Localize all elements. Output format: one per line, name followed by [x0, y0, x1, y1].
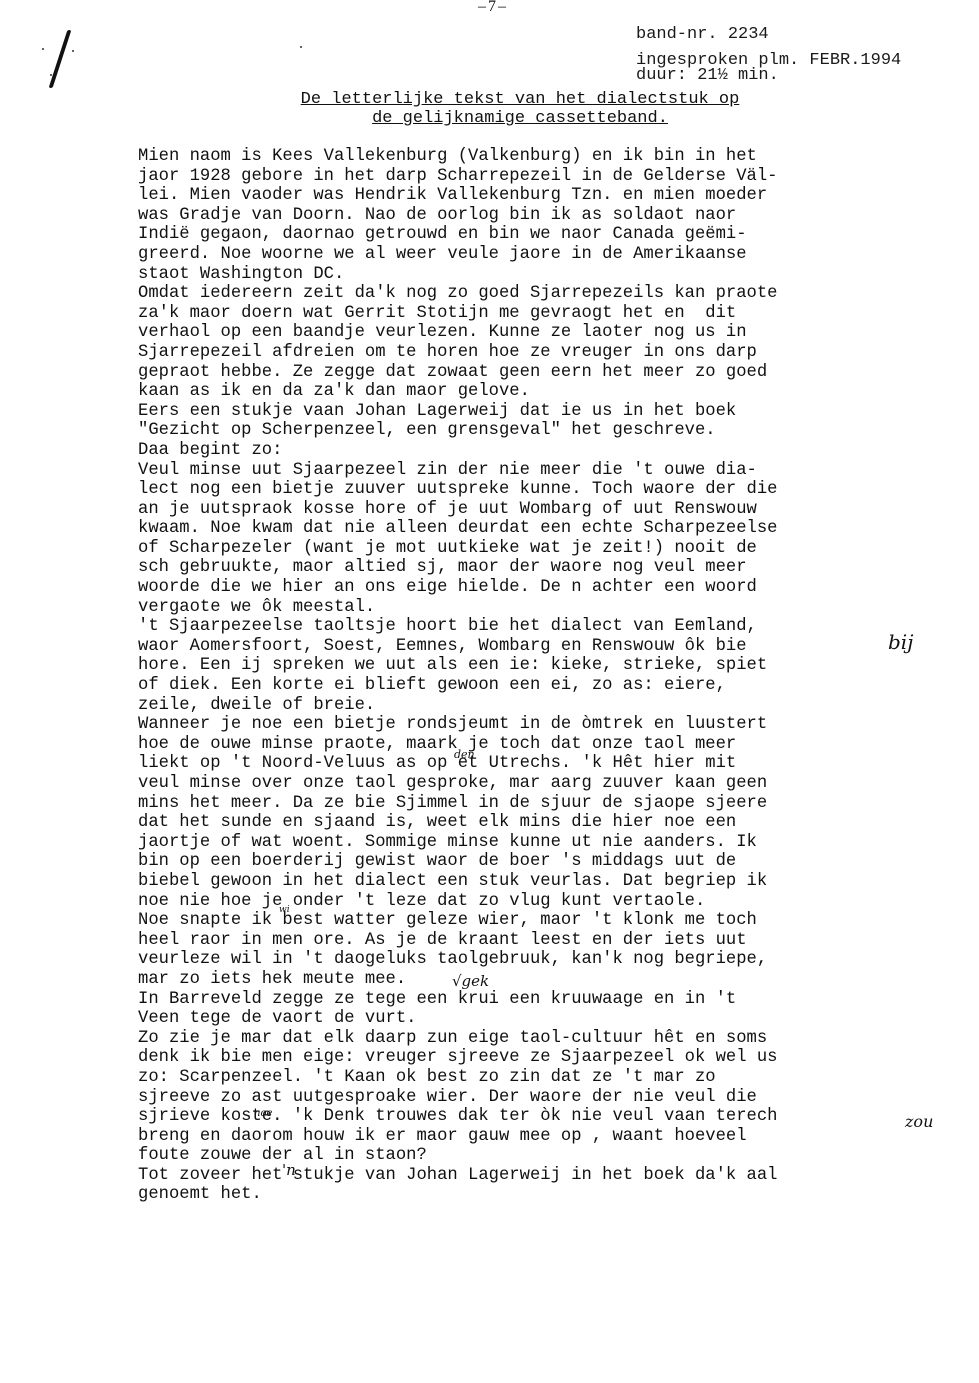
handwritten-correction-gek: √gek: [452, 972, 489, 990]
handwritten-correction-noe: noe: [254, 1108, 272, 1119]
text-line: jaor 1928 gebore in het darp Scharrepeze…: [138, 167, 908, 187]
text-line: Eers een stukje vaan Johan Lagerweij dat…: [138, 402, 908, 422]
document-title-line-1: De letterlijke tekst van het dialectstuk…: [0, 90, 979, 110]
text-line: Veen tege de vaort de vurt.: [138, 1009, 908, 1029]
text-line: za'k maor doern wat Gerrit Stotijn me ge…: [138, 304, 908, 324]
text-line: Zo zie je mar dat elk daarp zun eige tao…: [138, 1029, 908, 1049]
handwritten-correction-bij: bij: [888, 630, 913, 654]
text-line: "Gezicht op Scherpenzeel, een grensgeval…: [138, 421, 908, 441]
text-line: of Scharpezeler (want je mot uutkieke wa…: [138, 539, 908, 559]
handwritten-correction-wi: wi: [279, 905, 290, 915]
text-line: mins het meer. Da ze bie Sjimmel in de s…: [138, 794, 908, 814]
handwritten-correction-zou: zou: [905, 1112, 933, 1131]
text-line: staot Washington DC.: [138, 265, 908, 285]
text-line: jaortje of wat woent. Sommige minse kunn…: [138, 833, 908, 853]
text-line: of diek. Een korte ei blieft gewoon een …: [138, 676, 908, 696]
scan-speck: [50, 74, 52, 76]
text-line: dat het sunde en sjaand is, weet elk min…: [138, 813, 908, 833]
text-line: In Barreveld zegge ze tege een krui een …: [138, 990, 908, 1010]
text-line: zeile, dweile of breie.: [138, 696, 908, 716]
handwritten-slash-mark: [49, 30, 72, 88]
scan-speck: [72, 50, 74, 52]
text-line: foute zouwe der al in staon?: [138, 1146, 908, 1166]
text-line: lei. Mien vaoder was Hendrik Vallekenbur…: [138, 186, 908, 206]
text-line: Sjarrepezeil afdreien om te horen hoe ze…: [138, 343, 908, 363]
text-line: Mien naom is Kees Vallekenburg (Valkenbu…: [138, 147, 908, 167]
scan-speck: [42, 48, 44, 50]
text-line: Wanneer je noe een bietje rondsjeumt in …: [138, 715, 908, 735]
text-line: sjreeve zo ast uutgesproake wier. Der wa…: [138, 1088, 908, 1108]
text-line: an je uutspraok kosse hore of je uut Wom…: [138, 500, 908, 520]
text-line: lect nog een bietje zuuver uutspreke kun…: [138, 480, 908, 500]
text-line: Noe snapte ik best watter geleze wier, m…: [138, 911, 908, 931]
text-line: gepraot hebbe. Ze zegge dat zowaat geen …: [138, 363, 908, 383]
text-line: hoe de ouwe minse praote, maark je toch …: [138, 735, 908, 755]
text-line: waor Aomersfoort, Soest, Eemnes, Wombarg…: [138, 637, 908, 657]
text-line: breng en daorom houw ik er maor gauw mee…: [138, 1127, 908, 1147]
duration: duur: 21½ min.: [636, 67, 779, 84]
handwritten-correction-n: 'n: [282, 1161, 296, 1179]
text-line: liekt op 't Noord-Veluus as op et Utrech…: [138, 754, 908, 774]
text-line: Omdat iedereern zeit da'k nog zo goed Sj…: [138, 284, 908, 304]
text-line: genoemt het.: [138, 1185, 908, 1205]
text-line: heel raor in men ore. As je de kraant le…: [138, 931, 908, 951]
text-line: 't Sjaarpezeelse taoltsje hoort bie het …: [138, 617, 908, 637]
text-line: greerd. Noe woorne we al weer veule jaor…: [138, 245, 908, 265]
text-line: verhaol op een baandje veurlezen. Kunne …: [138, 323, 908, 343]
text-line: vergaote we ôk meestal.: [138, 598, 908, 618]
text-line: Veul minse uut Sjaarpezeel zin der nie m…: [138, 461, 908, 481]
text-line: mar zo iets hek meute mee.: [138, 970, 908, 990]
document-title-line-2: de gelijknamige cassetteband.: [0, 109, 979, 129]
text-line: kwaam. Noe kwam dat nie alleen deurdat e…: [138, 519, 908, 539]
text-line: bin op een boerderij gewist waor de boer…: [138, 852, 908, 872]
text-line: Tot zoveer het stukje van Johan Lagerwei…: [138, 1166, 908, 1186]
document-page: – 7 – band-nr. 2234 ingesproken plm. FEB…: [0, 0, 979, 1383]
page-number: – 7 –: [478, 0, 505, 16]
scan-speck: [300, 46, 302, 48]
text-line: veul minse over onze taol gesproke, mar …: [138, 774, 908, 794]
text-line: denk ik bie men eige: vreuger sjreeve ze…: [138, 1048, 908, 1068]
text-line: woorde die we hier an ons eige hielde. D…: [138, 578, 908, 598]
text-line: Indië gegaon, daornao getrouwd en bin we…: [138, 225, 908, 245]
text-line: zo: Scarpenzeel. 't Kaan ok best zo zin …: [138, 1068, 908, 1088]
text-line: kaan as ik en da za'k dan maor gelove.: [138, 382, 908, 402]
text-line: was Gradje van Doorn. Nao de oorlog bin …: [138, 206, 908, 226]
text-line: biebel gewoon in het dialect een stuk ve…: [138, 872, 908, 892]
text-line: veurleze wil in 't daogeluks taolgebruuk…: [138, 950, 908, 970]
text-line: Daa begint zo:: [138, 441, 908, 461]
handwritten-correction-den: den: [454, 748, 475, 761]
text-line: sch gebruukte, maor altied sj, maor der …: [138, 558, 908, 578]
band-number: band-nr. 2234: [636, 26, 769, 43]
transcript-body: Mien naom is Kees Vallekenburg (Valkenbu…: [138, 147, 908, 1205]
text-line: noe nie hoe je onder 't leze dat zo vlug…: [138, 892, 908, 912]
text-line: hore. Een ij spreken we uut als een ie: …: [138, 656, 908, 676]
